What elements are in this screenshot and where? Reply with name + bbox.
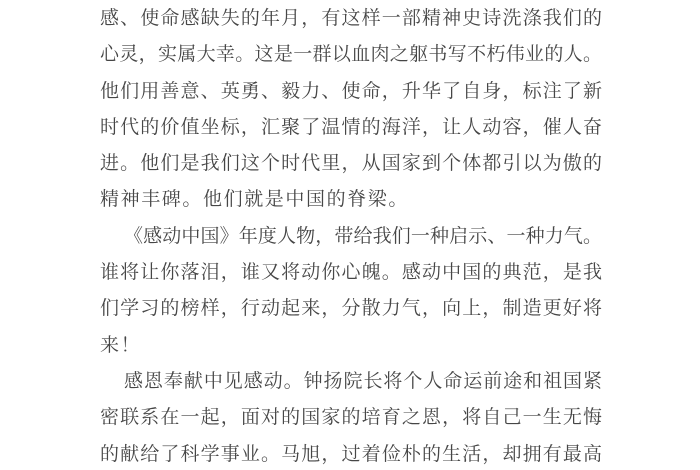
text-line-13: 的献给了科学事业。马旭，过着俭朴的生活，却拥有最高 [100,437,602,470]
document-page: 感、使命感缺失的年月，有这样一部精神史诗洗涤我们的 心灵，实属大幸。这是一群以血… [0,0,700,470]
text-line-8: 谁将让你落泪，谁又将动你心魄。感动中国的典范，是我 [100,255,602,291]
text-column: 感、使命感缺失的年月，有这样一部精神史诗洗涤我们的 心灵，实属大幸。这是一群以血… [100,1,602,470]
text-line-10: 来！ [100,328,602,364]
text-line-9: 们学习的榜样，行动起来，分散力气，向上，制造更好将 [100,291,602,327]
paragraph-1: 感、使命感缺失的年月，有这样一部精神史诗洗涤我们的 心灵，实属大幸。这是一群以血… [100,1,602,219]
text-line-12: 密联系在一起，面对的国家的培育之恩，将自己一生无悔 [100,400,602,436]
text-line-4: 时代的价值坐标，汇聚了温情的海洋，让人动容，催人奋 [100,110,602,146]
text-line-1: 感、使命感缺失的年月，有这样一部精神史诗洗涤我们的 [100,1,602,37]
text-line-3: 他们用善意、英勇、毅力、使命，升华了自身，标注了新 [100,74,602,110]
text-line-11: 感恩奉献中见感动。钟扬院长将个人命运前途和祖国紧 [100,364,602,400]
text-line-7: 《感动中国》年度人物，带给我们一种启示、一种力气。 [100,219,602,255]
text-line-2: 心灵，实属大幸。这是一群以血肉之躯书写不朽伟业的人。 [100,37,602,73]
paragraph-3: 感恩奉献中见感动。钟扬院长将个人命运前途和祖国紧 密联系在一起，面对的国家的培育… [100,364,602,470]
text-line-6: 精神丰碑。他们就是中国的脊梁。 [100,182,602,218]
text-line-5: 进。他们是我们这个时代里，从国家到个体都引以为傲的 [100,146,602,182]
paragraph-2: 《感动中国》年度人物，带给我们一种启示、一种力气。 谁将让你落泪，谁又将动你心魄… [100,219,602,364]
